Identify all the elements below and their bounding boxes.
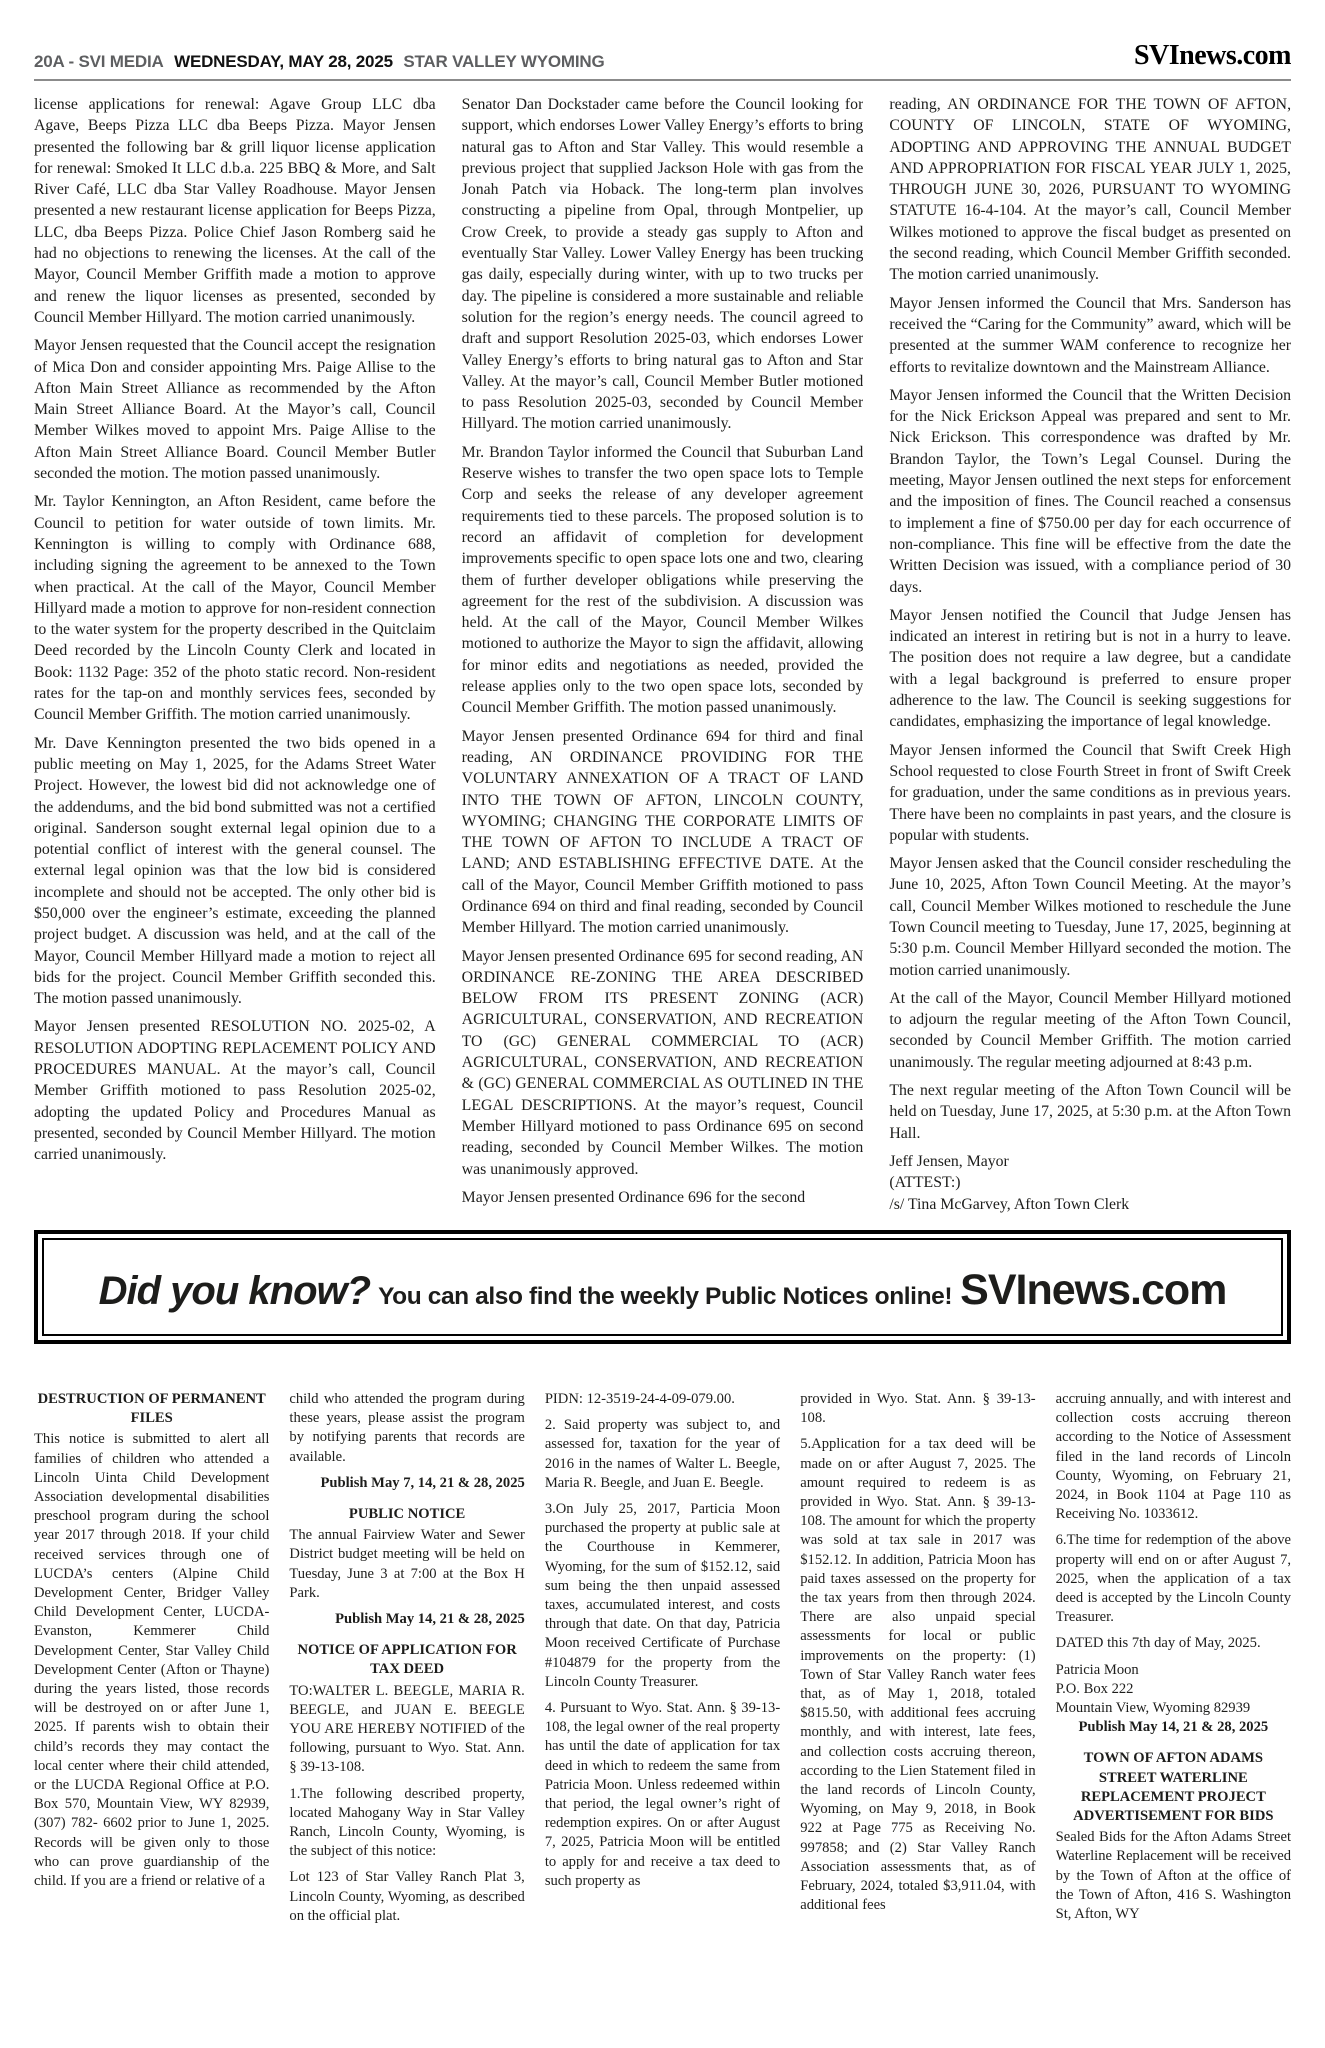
- signature-clerk: /s/ Tina McGarvey, Afton Town Clerk: [889, 1194, 1291, 1215]
- paragraph: DATED this 7th day of May, 2025.: [1056, 1634, 1291, 1653]
- notice-signer: Patricia Moon: [1056, 1661, 1291, 1680]
- paragraph: reading, AN ORDINANCE FOR THE TOWN OF AF…: [889, 94, 1291, 286]
- minutes-column-3: reading, AN ORDINANCE FOR THE TOWN OF AF…: [889, 94, 1291, 1218]
- paragraph: This notice is submitted to alert all fa…: [34, 1430, 269, 1891]
- paragraph: 3.On July 25, 2017, Particia Moon purcha…: [545, 1500, 780, 1692]
- banner-tagline: You can also find the weekly Public Noti…: [378, 1283, 952, 1311]
- banner-lead-text: Did you know?: [99, 1269, 370, 1314]
- notices-column-1: DESTRUCTION OF PERMANENT FILESThis notic…: [34, 1390, 269, 2040]
- paragraph: Mayor Jensen notified the Council that J…: [889, 605, 1291, 733]
- paragraph: 2. Said property was subject to, and ass…: [545, 1416, 780, 1493]
- signature-mayor: Jeff Jensen, Mayor: [889, 1151, 1291, 1172]
- paragraph: accruing annually, and with interest and…: [1056, 1390, 1291, 1524]
- publish-line: Publish May 28, 2025: [889, 1215, 1291, 1218]
- page-number-brand: 20A - SVI MEDIA: [34, 52, 164, 71]
- council-minutes-section: license applications for renewal: Agave …: [34, 94, 1291, 1218]
- paragraph: Mayor Jensen informed the Council that t…: [889, 385, 1291, 598]
- paragraph: Mr. Dave Kennington presented the two bi…: [34, 733, 436, 1010]
- paragraph: Mayor Jensen requested that the Council …: [34, 335, 436, 484]
- paragraph: provided in Wyo. Stat. Ann. § 39-13-108.: [800, 1390, 1035, 1428]
- notices-column-3: PIDN: 12-3519-24-4-09-079.00.2. Said pro…: [545, 1390, 780, 2040]
- banner-site-url: SVInews.com: [960, 1266, 1226, 1315]
- paragraph: 5.Application for a tax deed will be mad…: [800, 1435, 1035, 1915]
- publish-line: Publish May 7, 14, 21 & 28, 2025: [289, 1474, 524, 1493]
- public-notices-section: DESTRUCTION OF PERMANENT FILESThis notic…: [34, 1390, 1291, 2040]
- notice-signer-address: P.O. Box 222: [1056, 1680, 1291, 1699]
- notice-heading: DESTRUCTION OF PERMANENT FILES: [34, 1390, 269, 1428]
- notices-column-5: accruing annually, and with interest and…: [1056, 1390, 1291, 2040]
- paragraph: Senator Dan Dockstader came before the C…: [462, 94, 864, 435]
- paragraph: Mayor Jensen presented RESOLUTION NO. 20…: [34, 1016, 436, 1165]
- paragraph: Mayor Jensen asked that the Council cons…: [889, 853, 1291, 981]
- paragraph: Mr. Brandon Taylor informed the Council …: [462, 442, 864, 719]
- paragraph: 1.The following described property, loca…: [289, 1785, 524, 1862]
- notice-heading: NOTICE OF APPLICATION FOR TAX DEED: [289, 1641, 524, 1679]
- did-you-know-banner: Did you know? You can also find the week…: [34, 1230, 1291, 1344]
- masthead-site-url: SVInews.com: [1134, 40, 1291, 72]
- paragraph: Mayor Jensen presented Ordinance 696 for…: [462, 1187, 864, 1208]
- region-label: STAR VALLEY WYOMING: [403, 52, 604, 71]
- paragraph: The next regular meeting of the Afton To…: [889, 1080, 1291, 1144]
- issue-date: WEDNESDAY, MAY 28, 2025: [174, 52, 393, 71]
- minutes-column-2: Senator Dan Dockstader came before the C…: [462, 94, 864, 1218]
- paragraph: Mayor Jensen presented Ordinance 695 for…: [462, 946, 864, 1180]
- paragraph: child who attended the program during th…: [289, 1390, 524, 1467]
- paragraph: license applications for renewal: Agave …: [34, 94, 436, 328]
- masthead: 20A - SVI MEDIA WEDNESDAY, MAY 28, 2025 …: [34, 0, 1291, 81]
- paragraph: Sealed Bids for the Afton Adams Street W…: [1056, 1828, 1291, 1924]
- notice-heading: TOWN OF AFTON ADAMS STREET WATERLINE REP…: [1056, 1749, 1291, 1826]
- paragraph: Lot 123 of Star Valley Ranch Plat 3, Lin…: [289, 1868, 524, 1926]
- notice-signer-address: Mountain View, Wyoming 82939: [1056, 1699, 1291, 1718]
- notices-column-2: child who attended the program during th…: [289, 1390, 524, 2040]
- paragraph: TO:WALTER L. BEEGLE, MARIA R. BEEGLE, an…: [289, 1682, 524, 1778]
- minutes-column-1: license applications for renewal: Agave …: [34, 94, 436, 1218]
- paragraph: Mr. Taylor Kennington, an Afton Resident…: [34, 491, 436, 725]
- paragraph: PIDN: 12-3519-24-4-09-079.00.: [545, 1390, 780, 1409]
- paragraph: 4. Pursuant to Wyo. Stat. Ann. § 39-13-1…: [545, 1699, 780, 1891]
- paragraph: 6.The time for redemption of the above p…: [1056, 1531, 1291, 1627]
- paragraph: Mayor Jensen informed the Council that M…: [889, 293, 1291, 378]
- attest-label: (ATTEST:): [889, 1172, 1291, 1193]
- paragraph: Mayor Jensen presented Ordinance 694 for…: [462, 726, 864, 939]
- publish-line: Publish May 14, 21 & 28, 2025: [289, 1610, 524, 1629]
- notices-column-4: provided in Wyo. Stat. Ann. § 39-13-108.…: [800, 1390, 1035, 2040]
- publish-line: Publish May 14, 21 & 28, 2025: [1056, 1718, 1291, 1737]
- notice-heading: PUBLIC NOTICE: [289, 1505, 524, 1524]
- paragraph: Mayor Jensen informed the Council that S…: [889, 740, 1291, 846]
- banner-inner-frame: Did you know? You can also find the week…: [42, 1238, 1283, 1336]
- newspaper-page: 20A - SVI MEDIA WEDNESDAY, MAY 28, 2025 …: [0, 0, 1325, 2048]
- masthead-left: 20A - SVI MEDIA WEDNESDAY, MAY 28, 2025 …: [34, 52, 611, 72]
- paragraph: At the call of the Mayor, Council Member…: [889, 988, 1291, 1073]
- paragraph: The annual Fairview Water and Sewer Dist…: [289, 1526, 524, 1603]
